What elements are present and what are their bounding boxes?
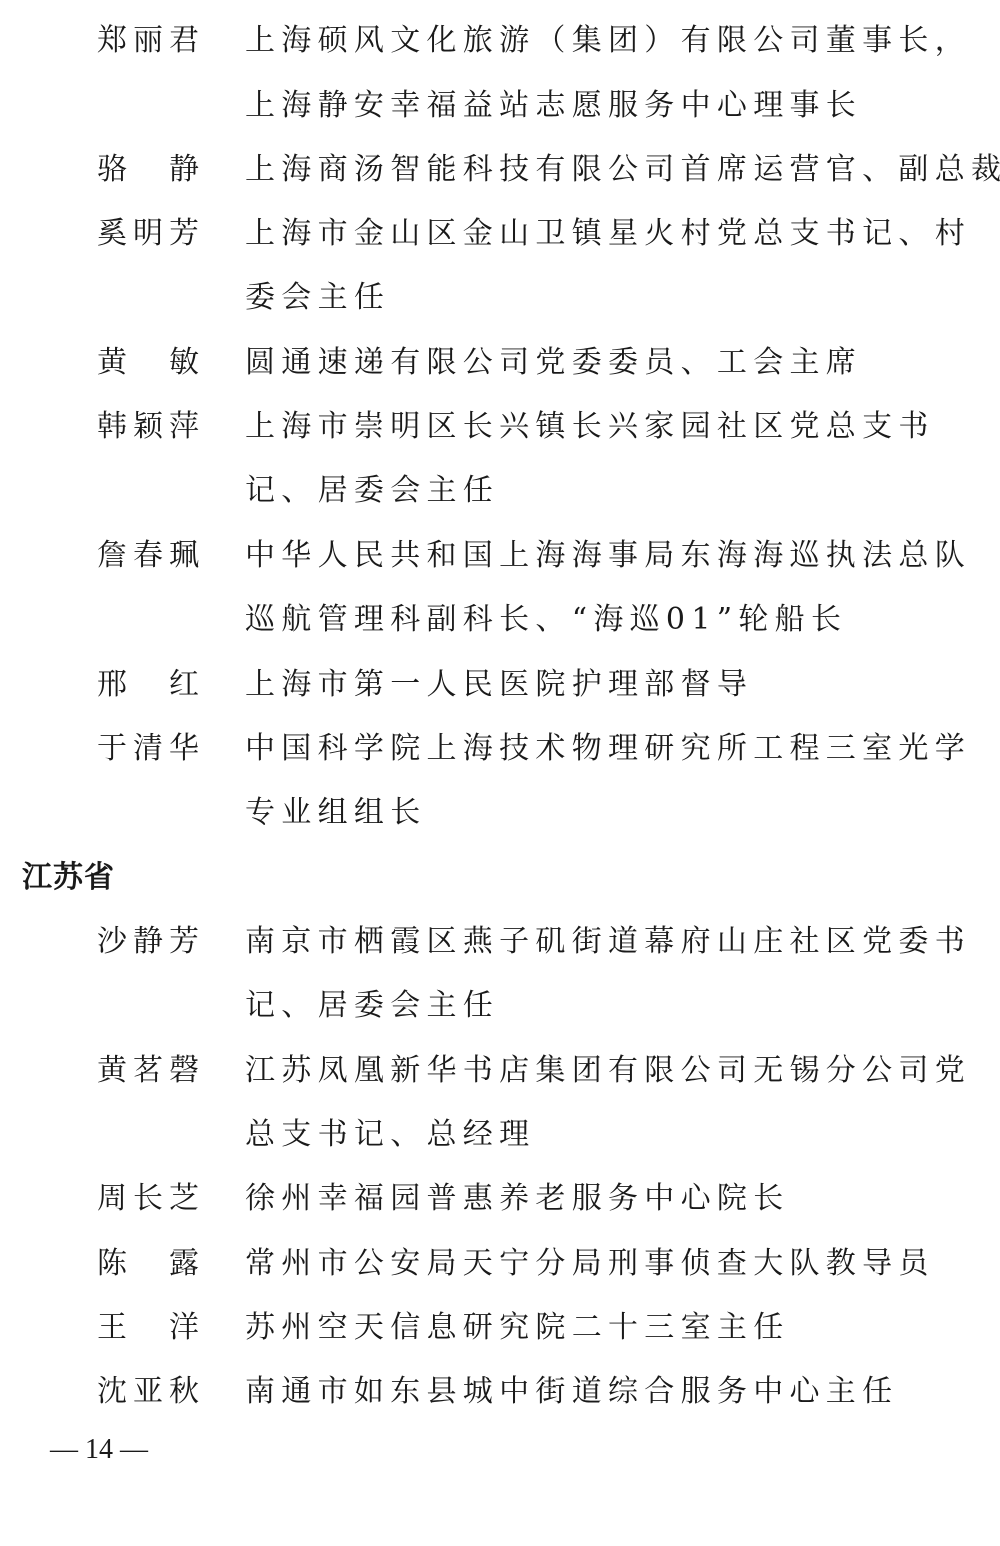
person-title-line: 专业组组长 (245, 780, 427, 845)
person-name: 黄茗磬 (97, 1038, 207, 1103)
person-name: 于清华 (97, 716, 207, 781)
person-title-line: 上海商汤智能科技有限公司首席运营官、副总裁 (245, 137, 1000, 202)
person-title-line: 上海市第一人民医院护理部督导 (245, 652, 753, 717)
person-title-line: 常州市公安局天宁分局刑事侦查大队教导员 (245, 1231, 935, 1296)
person-title-line: 苏州空天信息研究院二十三室主任 (245, 1295, 790, 1360)
person-name: 詹春珮 (97, 523, 207, 588)
document-page: 郑丽君 上海硕风文化旅游（集团）有限公司董事长， 上海静安幸福益站志愿服务中心理… (0, 0, 1000, 1546)
person-title-line: 记、居委会主任 (245, 458, 499, 523)
person-name: 沙静芳 (97, 909, 207, 974)
person-title-line: 上海硕风文化旅游（集团）有限公司董事长， (245, 8, 971, 73)
person-title-line: 南京市栖霞区燕子矶街道幕府山庄社区党委书 (245, 909, 971, 974)
person-name: 韩颖萍 (97, 394, 207, 459)
province-heading: 江苏省 (22, 845, 115, 910)
person-title-line: 中国科学院上海技术物理研究所工程三室光学 (245, 716, 971, 781)
person-title-line: 上海市崇明区长兴镇长兴家园社区党总支书 (245, 394, 935, 459)
person-title-line: 上海市金山区金山卫镇星火村党总支书记、村 (245, 201, 971, 266)
person-title-line: 记、居委会主任 (245, 973, 499, 1038)
person-name: 陈 露 (97, 1231, 207, 1296)
person-name: 奚明芳 (97, 201, 207, 266)
person-title-line: 徐州幸福园普惠养老服务中心院长 (245, 1166, 790, 1231)
person-title-line: 上海静安幸福益站志愿服务中心理事长 (245, 73, 862, 138)
person-title-line: 总支书记、总经理 (245, 1102, 535, 1167)
person-title-line: 江苏凤凰新华书店集团有限公司无锡分公司党 (245, 1038, 971, 1103)
person-name: 黄 敏 (97, 330, 207, 395)
person-title-line: 南通市如东县城中街道综合服务中心主任 (245, 1359, 898, 1424)
page-number: — 14 — (50, 1430, 148, 1470)
person-name: 骆 静 (97, 137, 207, 202)
person-name: 王 洋 (97, 1295, 207, 1360)
person-title-line: 圆通速递有限公司党委委员、工会主席 (245, 330, 862, 395)
person-title-line: 委会主任 (245, 265, 390, 330)
person-name: 邢 红 (97, 652, 207, 717)
person-name: 郑丽君 (97, 8, 207, 73)
person-title-line: 中华人民共和国上海海事局东海海巡执法总队 (245, 523, 971, 588)
person-name: 周长芝 (97, 1166, 207, 1231)
person-name: 沈亚秋 (97, 1359, 207, 1424)
person-title-line: 巡航管理科副科长、“海巡01”轮船长 (245, 587, 847, 652)
